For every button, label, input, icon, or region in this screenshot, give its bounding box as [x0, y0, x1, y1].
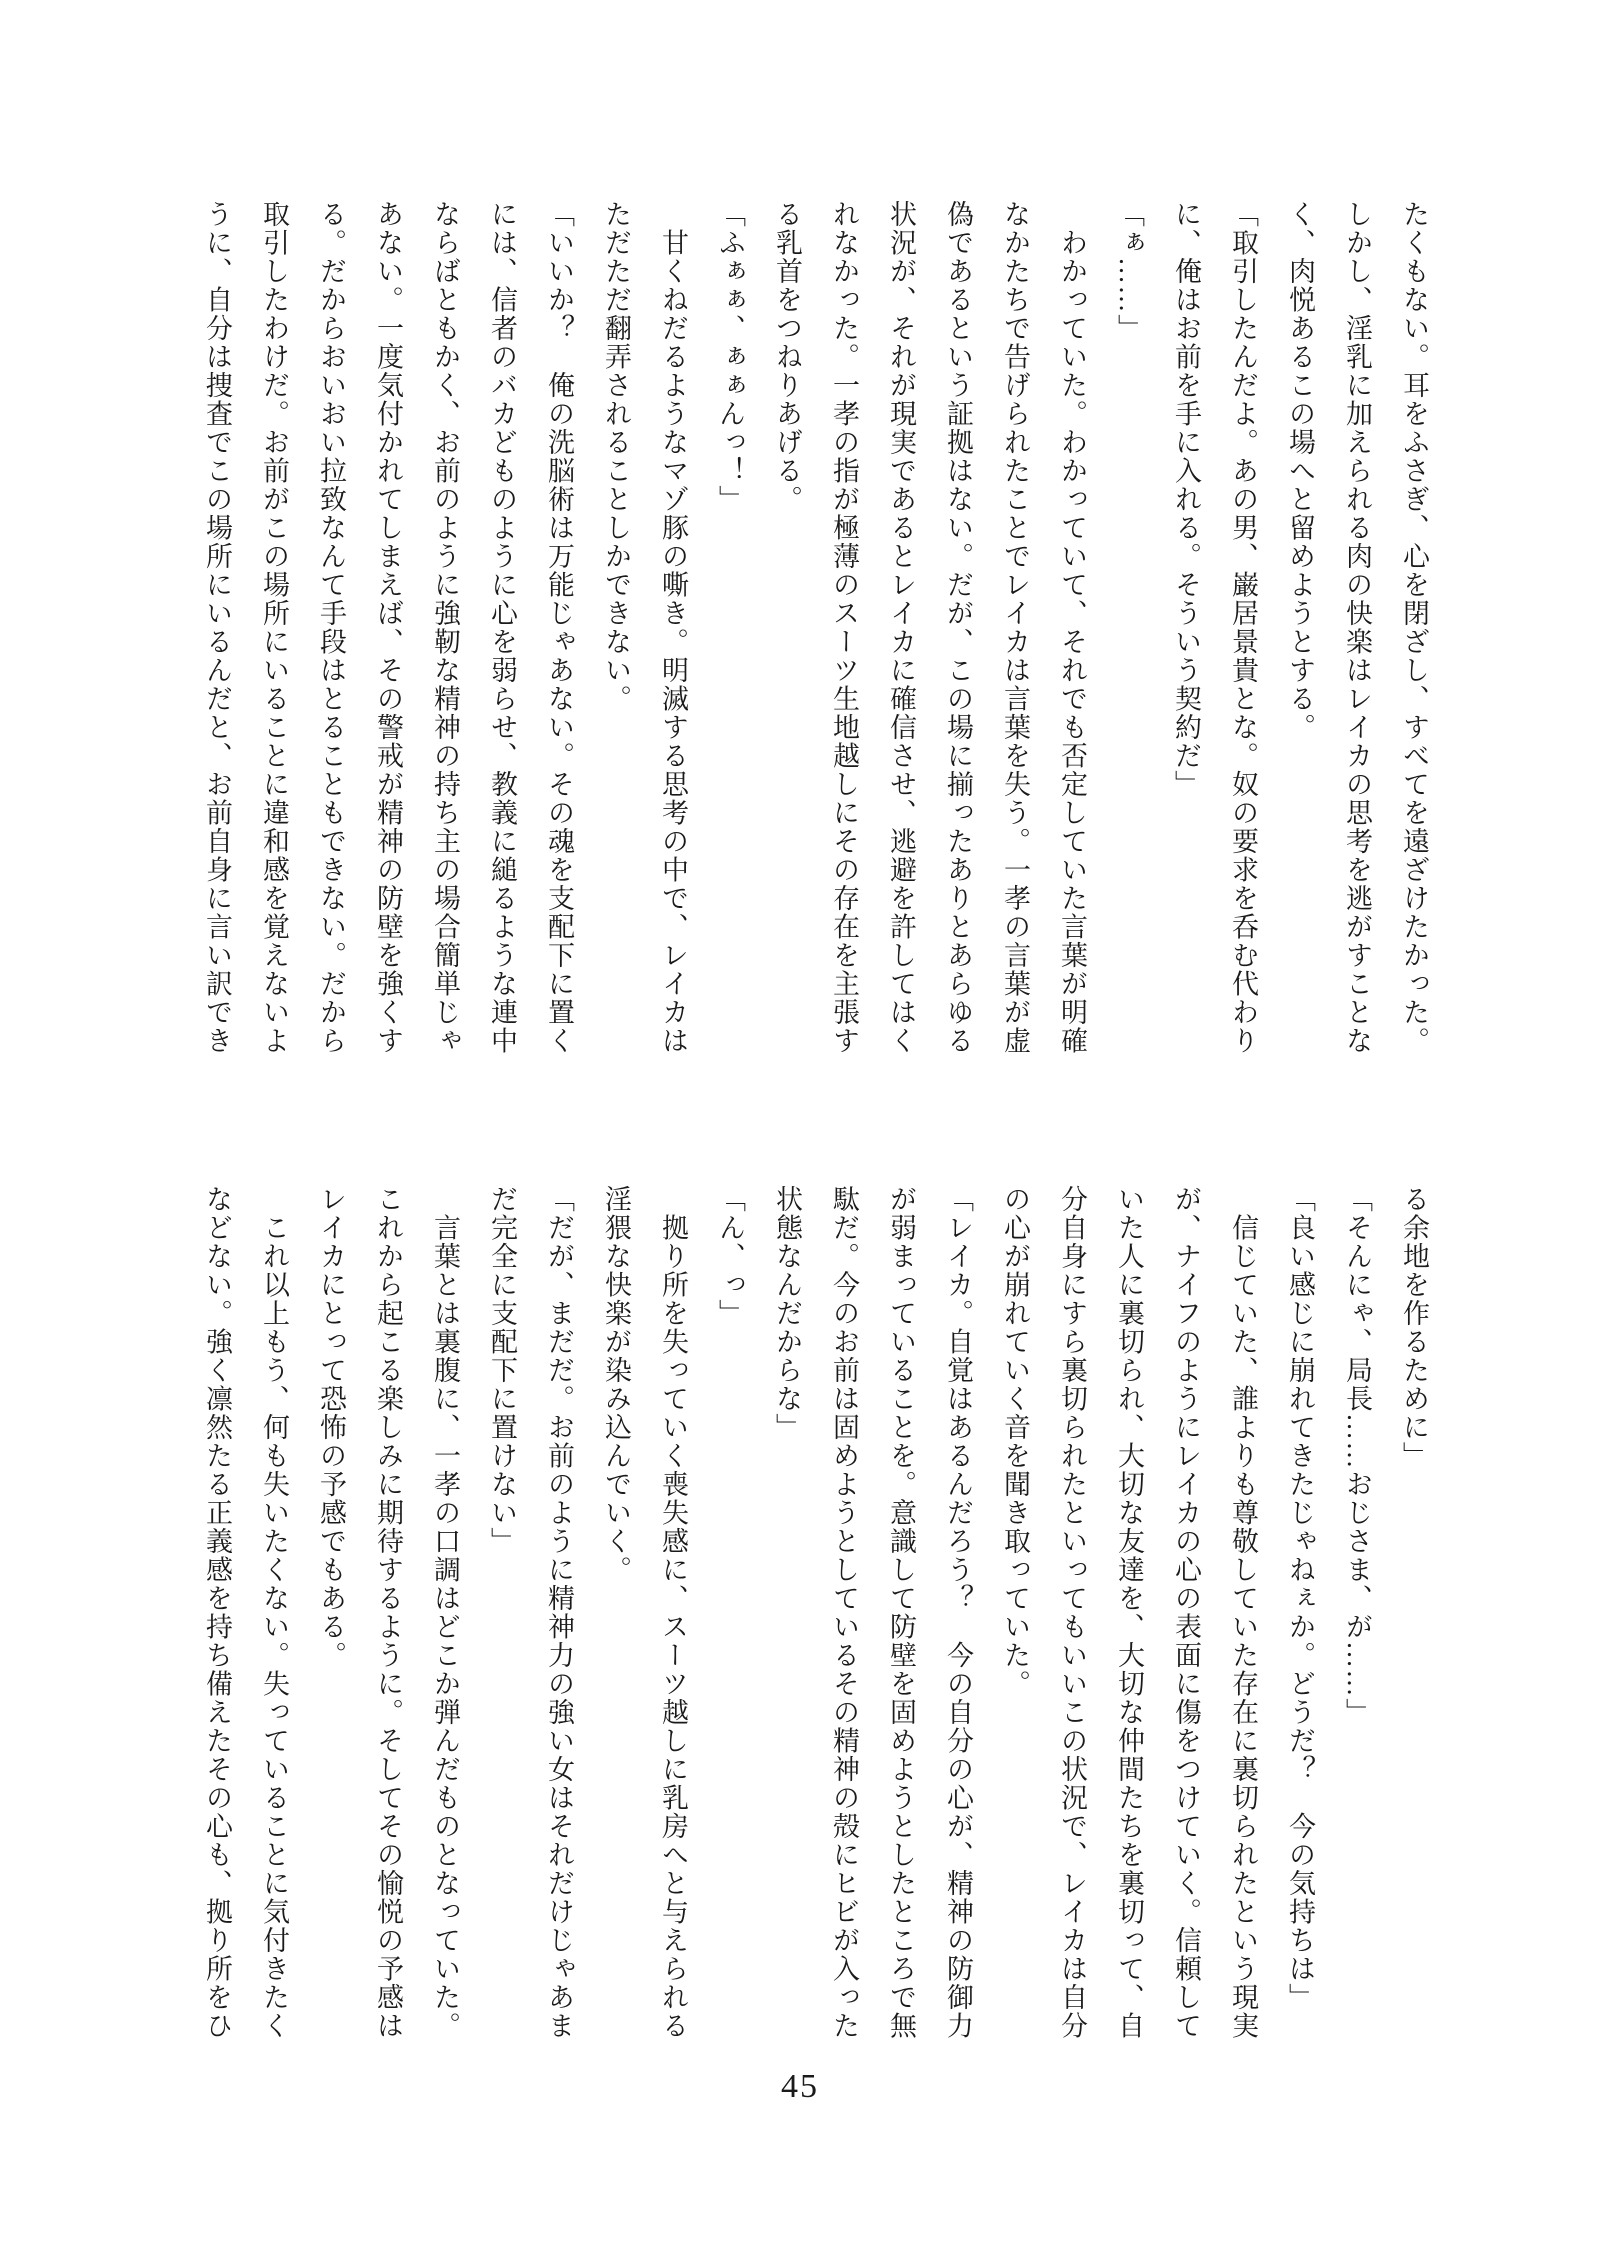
text-column: あない。一度気付かれてしまえば、その警戒が精神の防壁を強くす — [359, 200, 416, 1056]
text-column: 淫猥な快楽が染み込んでいく。 — [587, 1185, 644, 2041]
text-column: いた人に裏切られ、大切な友達を、大切な仲間たちを裏切って、自 — [1100, 1185, 1157, 2041]
text-column: 言葉とは裏腹に、一孝の口調はどこか弾んだものとなっていた。 — [416, 1185, 473, 2041]
text-block-top: たくもない。耳をふさぎ、心を閉ざし、すべてを遠ざけたかった。しかし、淫乳に加えら… — [188, 200, 1442, 1056]
text-column: これから起こる楽しみに期待するように。そしてその愉悦の予感は — [359, 1185, 416, 2041]
text-column: わかっていた。わかっていて、それでも否定していた言葉が明確 — [1043, 200, 1100, 1056]
text-column: うに、自分は捜査でこの場所にいるんだと、お前自身に言い訳でき — [188, 200, 245, 1056]
text-column: 状態なんだからな」 — [758, 1185, 815, 2041]
text-column: 「ん、っ」 — [701, 1185, 758, 2041]
text-column: 信じていた、誰よりも尊敬していた存在に裏切られたという現実 — [1214, 1185, 1271, 2041]
novel-page: たくもない。耳をふさぎ、心を閉ざし、すべてを遠ざけたかった。しかし、淫乳に加えら… — [0, 0, 1600, 2259]
text-column: 「そんにゃ、局長……おじさま、が……」 — [1328, 1185, 1385, 2041]
text-column: 「いいか？ 俺の洗脳術は万能じゃあない。その魂を支配下に置く — [530, 200, 587, 1056]
text-column: 「取引したんだよ。あの男、巌居景貴とな。奴の要求を呑む代わり — [1214, 200, 1271, 1056]
text-column: ただただ翻弄されることしかできない。 — [587, 200, 644, 1056]
text-column: なかたちで告げられたことでレイカは言葉を失う。一孝の言葉が虚 — [986, 200, 1043, 1056]
text-column: には、信者のバカどものように心を弱らせ、教義に縋るような連中 — [473, 200, 530, 1056]
text-column: の心が崩れていく音を聞き取っていた。 — [986, 1185, 1043, 2041]
text-column: る余地を作るために」 — [1385, 1185, 1442, 2041]
text-column: る乳首をつねりあげる。 — [758, 200, 815, 1056]
text-column: 拠り所を失っていく喪失感に、スーツ越しに乳房へと与えられる — [644, 1185, 701, 2041]
text-column: が弱まっていることを。意識して防壁を固めようとしたところで無 — [872, 1185, 929, 2041]
text-column: レイカにとって恐怖の予感でもある。 — [302, 1185, 359, 2041]
text-block-bottom: る余地を作るために」「そんにゃ、局長……おじさま、が……」「良い感じに崩れてきた… — [188, 1185, 1442, 2041]
text-column: る。だからおいおい拉致なんて手段はとることもできない。だから — [302, 200, 359, 1056]
text-column: 駄だ。今のお前は固めようとしているその精神の殻にヒビが入った — [815, 1185, 872, 2041]
text-column: 「だが、まだだ。お前のように精神力の強い女はそれだけじゃあま — [530, 1185, 587, 2041]
text-column: れなかった。一孝の指が極薄のスーツ生地越しにその存在を主張す — [815, 200, 872, 1056]
text-column: 「ふぁぁ、ぁぁんっ！」 — [701, 200, 758, 1056]
text-column: 甘くねだるようなマゾ豚の嘶き。明滅する思考の中で、レイカは — [644, 200, 701, 1056]
text-column: 分自身にすら裏切られたといってもいいこの状況で、レイカは自分 — [1043, 1185, 1100, 2041]
text-column: たくもない。耳をふさぎ、心を閉ざし、すべてを遠ざけたかった。 — [1385, 200, 1442, 1056]
text-column: 「レイカ。自覚はあるんだろう？ 今の自分の心が、精神の防御力 — [929, 1185, 986, 2041]
text-column: に、俺はお前を手に入れる。そういう契約だ」 — [1157, 200, 1214, 1056]
text-column: 「ぁ……」 — [1100, 200, 1157, 1056]
text-column: ならばともかく、お前のように強靭な精神の持ち主の場合簡単じゃ — [416, 200, 473, 1056]
text-column: これ以上もう、何も失いたくない。失っていることに気付きたく — [245, 1185, 302, 2041]
text-column: しかし、淫乳に加えられる肉の快楽はレイカの思考を逃がすことな — [1328, 200, 1385, 1056]
page-number: 45 — [0, 2068, 1600, 2106]
text-column: 状況が、それが現実であるとレイカに確信させ、逃避を許してはく — [872, 200, 929, 1056]
text-column: 取引したわけだ。お前がこの場所にいることに違和感を覚えないよ — [245, 200, 302, 1056]
text-column: だ完全に支配下に置けない」 — [473, 1185, 530, 2041]
text-column: く、肉悦あるこの場へと留めようとする。 — [1271, 200, 1328, 1056]
text-column: などない。強く凛然たる正義感を持ち備えたその心も、拠り所をひ — [188, 1185, 245, 2041]
text-column: が、ナイフのようにレイカの心の表面に傷をつけていく。信頼して — [1157, 1185, 1214, 2041]
text-column: 「良い感じに崩れてきたじゃねぇか。どうだ？ 今の気持ちは」 — [1271, 1185, 1328, 2041]
text-column: 偽であるという証拠はない。だが、この場に揃ったありとあらゆる — [929, 200, 986, 1056]
